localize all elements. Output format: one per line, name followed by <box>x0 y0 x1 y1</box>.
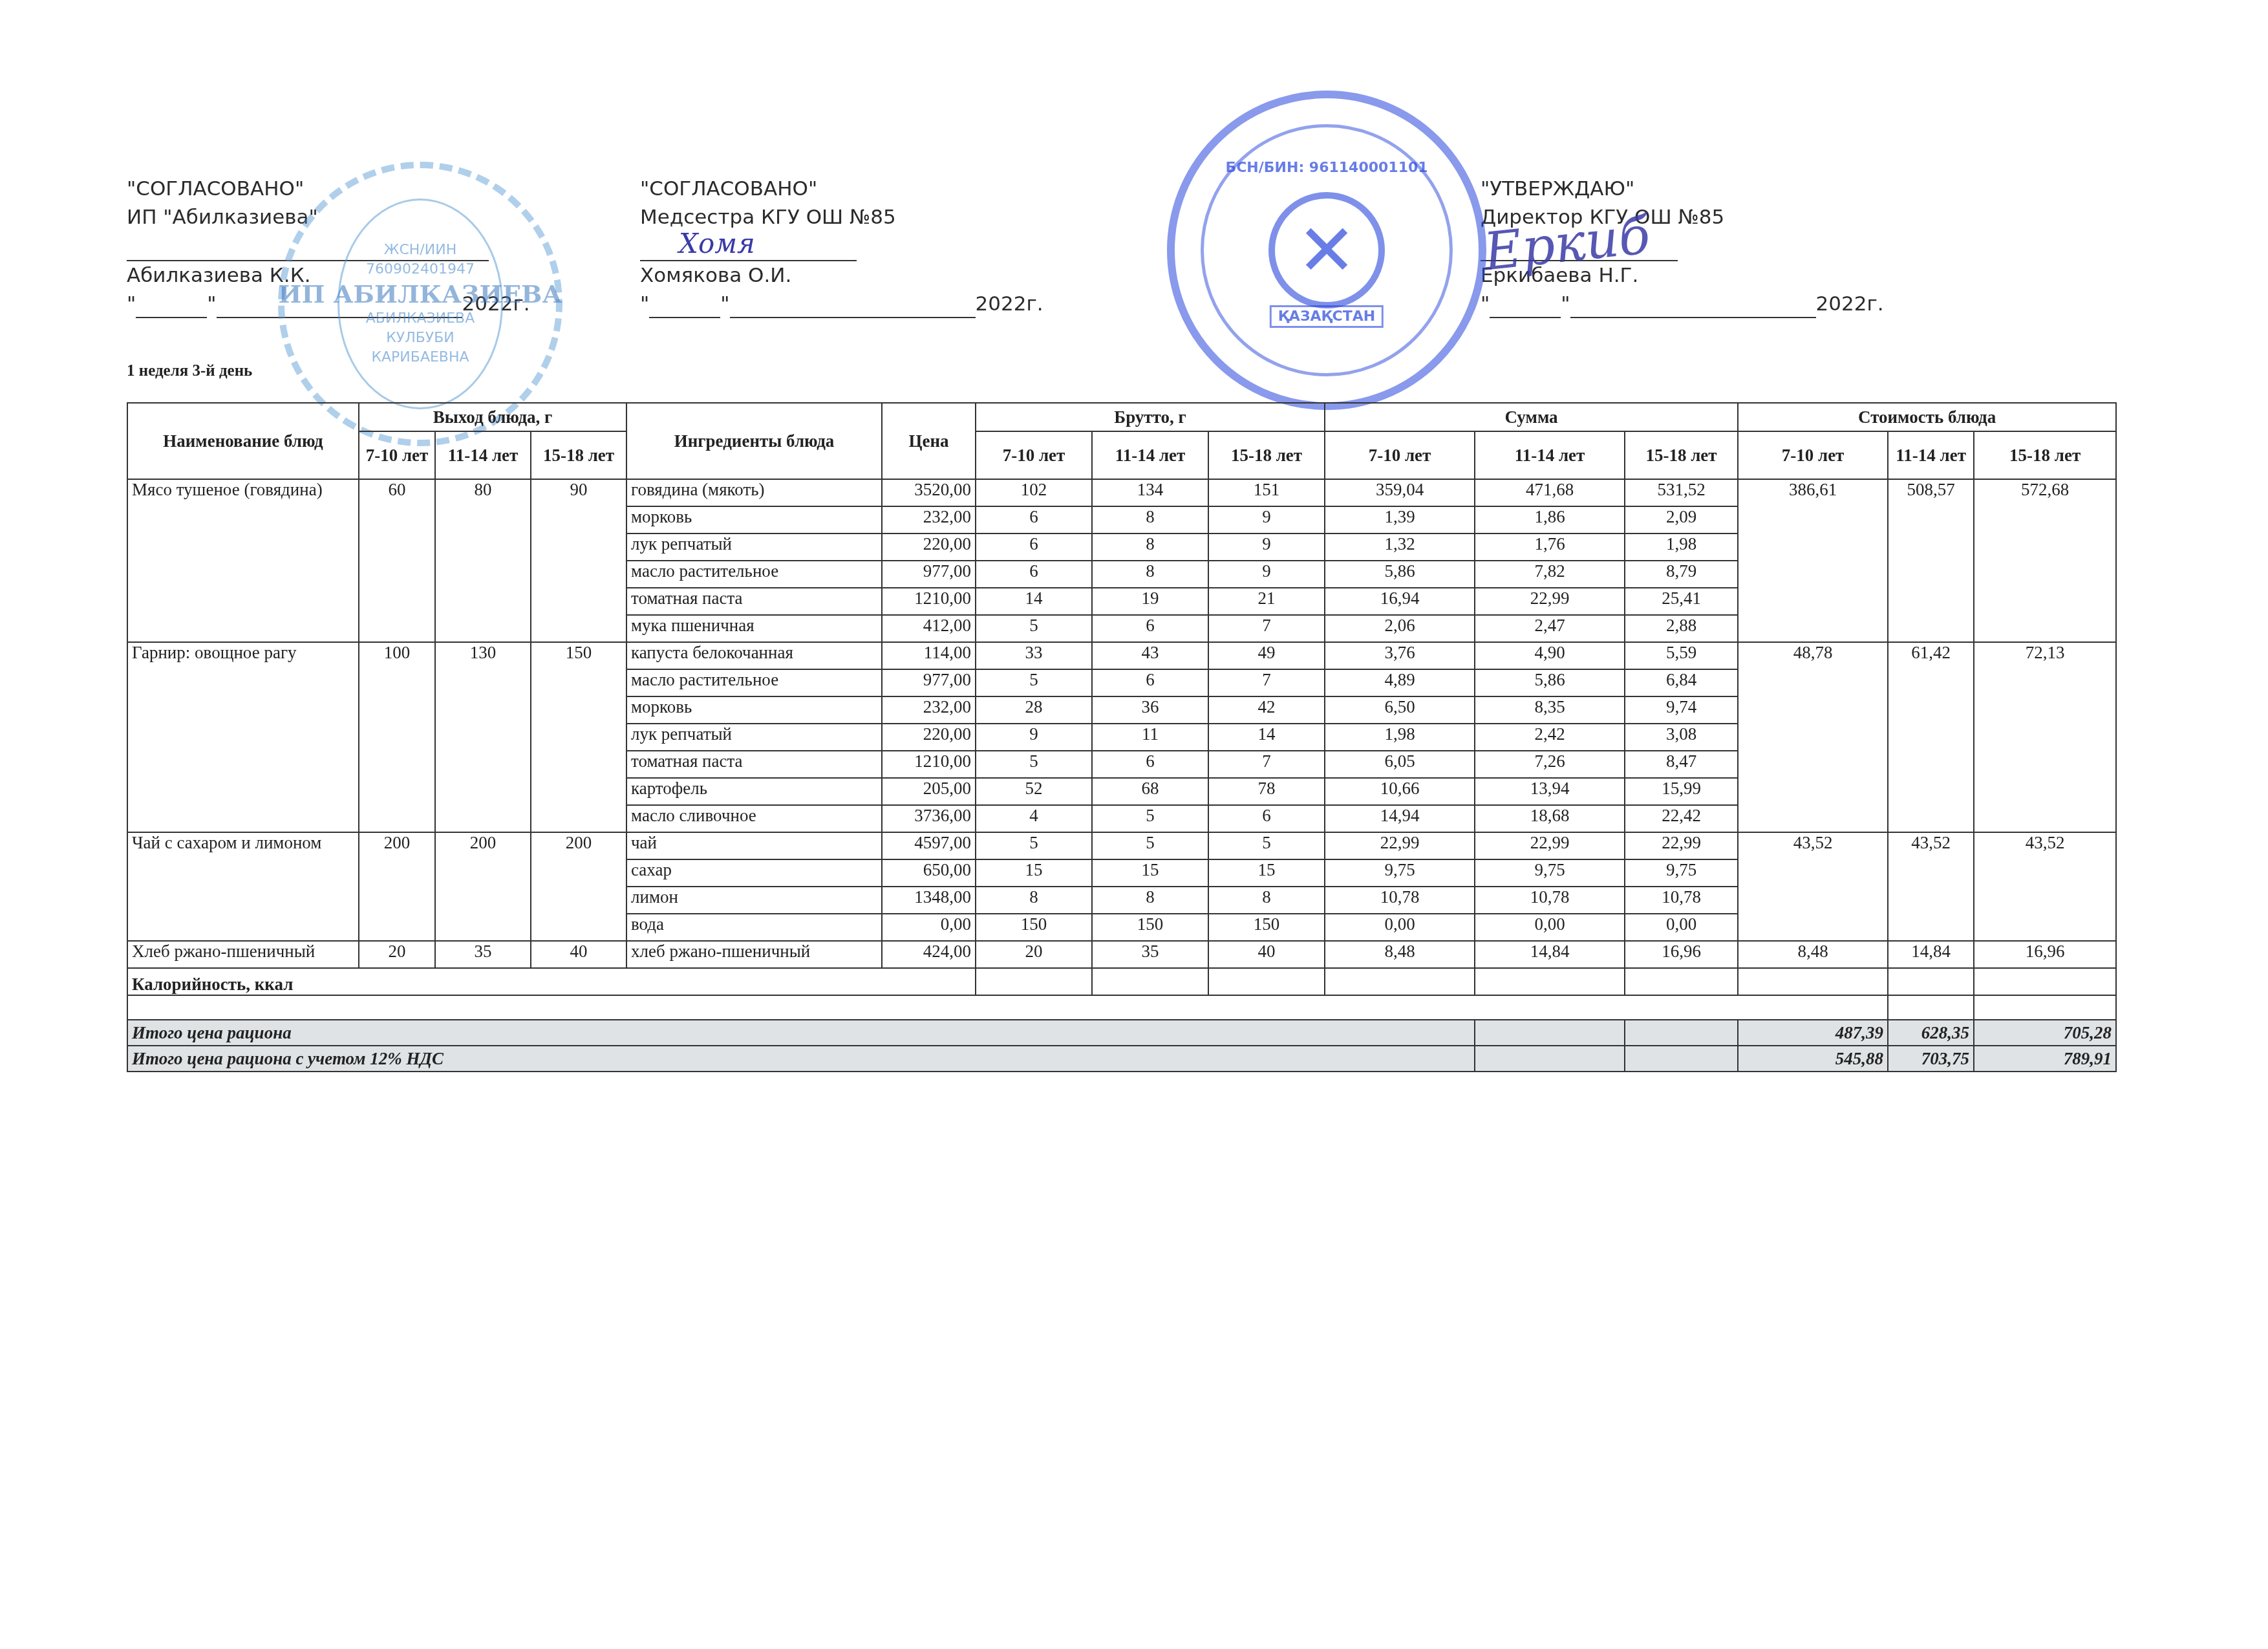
ingredient-name: мука пшеничная <box>626 615 882 642</box>
approval-date: ""2022г. <box>1481 290 1884 318</box>
ingredient-sum: 6,84 <box>1625 669 1738 696</box>
school-seal-stamp: БСН/БИН: 961140001101 ✕ ҚАЗАҚСТАН <box>1167 91 1486 410</box>
ingredient-brutto: 102 <box>976 479 1092 506</box>
ingredient-sum: 15,99 <box>1625 778 1738 805</box>
day-blank <box>649 295 720 318</box>
ingredient-brutto: 150 <box>976 914 1092 941</box>
calories-value <box>1325 968 1475 995</box>
ingredient-name: лук репчатый <box>626 533 882 561</box>
total-row: Итого цена рациона с учетом 12% НДС545,8… <box>127 1046 2116 1072</box>
ingredient-name: масло сливочное <box>626 805 882 832</box>
ingredient-sum: 3,76 <box>1325 642 1475 669</box>
ingredient-brutto: 9 <box>976 724 1092 751</box>
total-value: 705,28 <box>1974 1020 2116 1046</box>
seal-main-text: ИП АБИЛКАЗИЕВА <box>279 285 562 304</box>
age-header-row: 7-10 лет11-14 лет15-18 лет7-10 лет11-14 … <box>127 431 2116 479</box>
ingredient-sum: 10,78 <box>1475 887 1625 914</box>
ingredient-name: морковь <box>626 506 882 533</box>
ingredient-brutto: 8 <box>1092 561 1208 588</box>
dish-cost: 48,78 <box>1738 642 1888 832</box>
ingredient-sum: 359,04 <box>1325 479 1475 506</box>
ingredient-price: 977,00 <box>882 669 976 696</box>
ingredient-sum: 2,09 <box>1625 506 1738 533</box>
ingredient-brutto: 20 <box>976 941 1092 968</box>
ingredient-sum: 2,88 <box>1625 615 1738 642</box>
ingredient-sum: 9,75 <box>1475 859 1625 887</box>
dish-yield: 60 <box>359 479 435 642</box>
day-blank <box>136 295 207 318</box>
dish-name: Гарнир: овощное рагу <box>127 642 359 832</box>
header-yield-age: 11-14 лет <box>435 431 531 479</box>
ingredient-brutto: 6 <box>1092 751 1208 778</box>
header-brutto-age: 11-14 лет <box>1092 431 1208 479</box>
dish-name: Чай с сахаром и лимоном <box>127 832 359 941</box>
ingredient-brutto: 6 <box>976 506 1092 533</box>
dish-cost: 43,52 <box>1888 832 1974 941</box>
total-empty <box>1475 1020 1625 1046</box>
calories-value <box>1625 968 1738 995</box>
ingredient-name: капуста белокочанная <box>626 642 882 669</box>
ingredient-price: 232,00 <box>882 506 976 533</box>
dish-cost: 14,84 <box>1888 941 1974 968</box>
ingredient-brutto: 6 <box>976 561 1092 588</box>
ingredient-sum: 14,84 <box>1475 941 1625 968</box>
approval-heading: "УТВЕРЖДАЮ" <box>1481 175 1884 203</box>
ingredient-brutto: 5 <box>976 615 1092 642</box>
ingredient-sum: 14,94 <box>1325 805 1475 832</box>
dish-cost: 43,52 <box>1974 832 2116 941</box>
ingredient-sum: 8,35 <box>1475 696 1625 724</box>
ingredient-brutto: 15 <box>1092 859 1208 887</box>
ingredient-brutto: 9 <box>1208 561 1325 588</box>
ingredient-sum: 22,99 <box>1625 832 1738 859</box>
ingredient-sum: 1,39 <box>1325 506 1475 533</box>
seal-owner-line: АБИЛКАЗИЕВА <box>366 309 475 329</box>
header-sum-age: 7-10 лет <box>1325 431 1475 479</box>
ingredient-brutto: 28 <box>976 696 1092 724</box>
table-row: Мясо тушеное (говядина)608090говядина (м… <box>127 479 2116 506</box>
ingredient-sum: 22,99 <box>1475 832 1625 859</box>
ingredient-brutto: 6 <box>976 533 1092 561</box>
ingredient-sum: 3,08 <box>1625 724 1738 751</box>
ingredient-name: лук репчатый <box>626 724 882 751</box>
ingredient-sum: 0,00 <box>1625 914 1738 941</box>
table-row: Чай с сахаром и лимоном200200200чай4597,… <box>127 832 2116 859</box>
ingredient-brutto: 15 <box>1208 859 1325 887</box>
dish-yield: 90 <box>531 479 626 642</box>
ingredient-price: 114,00 <box>882 642 976 669</box>
ingredient-brutto: 9 <box>1208 506 1325 533</box>
ingredient-price: 0,00 <box>882 914 976 941</box>
calories-value <box>1974 968 2116 995</box>
dish-cost: 386,61 <box>1738 479 1888 642</box>
ingredient-sum: 8,48 <box>1325 941 1475 968</box>
ingredient-sum: 22,99 <box>1325 832 1475 859</box>
ingredient-sum: 5,59 <box>1625 642 1738 669</box>
seal-country: ҚАЗАҚСТАН <box>1270 305 1384 328</box>
ingredient-sum: 6,50 <box>1325 696 1475 724</box>
ingredient-brutto: 40 <box>1208 941 1325 968</box>
ingredient-brutto: 7 <box>1208 615 1325 642</box>
dish-name: Хлеб ржано-пшеничный <box>127 941 359 968</box>
dish-yield: 200 <box>435 832 531 941</box>
ingredient-brutto: 5 <box>1092 832 1208 859</box>
ingredient-brutto: 134 <box>1092 479 1208 506</box>
ingredient-sum: 2,42 <box>1475 724 1625 751</box>
ingredient-sum: 1,98 <box>1625 533 1738 561</box>
header-brutto-age: 15-18 лет <box>1208 431 1325 479</box>
ingredient-brutto: 19 <box>1092 588 1208 615</box>
spacer-cell <box>1974 995 2116 1020</box>
spacer-cell <box>1888 995 1974 1020</box>
ingredient-brutto: 5 <box>976 669 1092 696</box>
total-label: Итого цена рациона с учетом 12% НДС <box>127 1046 1475 1072</box>
header-ingredients: Ингредиенты блюда <box>626 403 882 479</box>
ingredient-brutto: 150 <box>1208 914 1325 941</box>
ingredient-sum: 0,00 <box>1325 914 1475 941</box>
header-dish-cost: Стоимость блюда <box>1738 403 2116 431</box>
calories-value <box>1208 968 1325 995</box>
week-day-label: 1 неделя 3-й день <box>127 362 252 380</box>
ingredient-name: морковь <box>626 696 882 724</box>
ingredient-name: чай <box>626 832 882 859</box>
calories-value <box>976 968 1092 995</box>
ingredient-brutto: 6 <box>1092 669 1208 696</box>
ingredient-sum: 9,75 <box>1325 859 1475 887</box>
ingredient-brutto: 5 <box>1092 805 1208 832</box>
ingredient-brutto: 5 <box>1208 832 1325 859</box>
ingredient-name: лимон <box>626 887 882 914</box>
dish-yield: 200 <box>359 832 435 941</box>
nurse-signature: Хомя <box>679 228 755 259</box>
calories-row: Калорийность, ккал <box>127 968 2116 995</box>
header-cost-age: 7-10 лет <box>1738 431 1888 479</box>
ingredient-price: 412,00 <box>882 615 976 642</box>
dish-yield: 20 <box>359 941 435 968</box>
dish-cost: 43,52 <box>1738 832 1888 941</box>
ingredient-sum: 1,98 <box>1325 724 1475 751</box>
ingredient-brutto: 78 <box>1208 778 1325 805</box>
ingredient-brutto: 68 <box>1092 778 1208 805</box>
ingredient-brutto: 42 <box>1208 696 1325 724</box>
ingredient-brutto: 33 <box>976 642 1092 669</box>
ingredient-price: 424,00 <box>882 941 976 968</box>
ingredient-brutto: 5 <box>976 751 1092 778</box>
ingredient-name: томатная паста <box>626 751 882 778</box>
ingredient-sum: 10,78 <box>1325 887 1475 914</box>
total-value: 789,91 <box>1974 1046 2116 1072</box>
ingredient-brutto: 36 <box>1092 696 1208 724</box>
ingredient-price: 4597,00 <box>882 832 976 859</box>
ingredient-price: 205,00 <box>882 778 976 805</box>
ingredient-price: 1210,00 <box>882 588 976 615</box>
ingredient-sum: 4,89 <box>1325 669 1475 696</box>
ingredient-name: масло растительное <box>626 561 882 588</box>
approval-heading: "СОГЛАСОВАНО" <box>640 175 1043 203</box>
header-yield-age: 7-10 лет <box>359 431 435 479</box>
dish-yield: 80 <box>435 479 531 642</box>
total-value: 703,75 <box>1888 1046 1974 1072</box>
table-row: Гарнир: овощное рагу100130150капуста бел… <box>127 642 2116 669</box>
dish-yield: 200 <box>531 832 626 941</box>
ingredient-brutto: 7 <box>1208 669 1325 696</box>
header-sum-age: 15-18 лет <box>1625 431 1738 479</box>
dish-cost: 61,42 <box>1888 642 1974 832</box>
approval-date: ""2022г. <box>640 290 1043 318</box>
ingredient-name: хлеб ржано-пшеничный <box>626 941 882 968</box>
header-price: Цена <box>882 403 976 479</box>
seal-bin: БСН/БИН: 961140001101 <box>1225 160 1428 176</box>
ingredient-sum: 1,86 <box>1475 506 1625 533</box>
ingredient-sum: 10,78 <box>1625 887 1738 914</box>
header-dish-name: Наименование блюд <box>127 403 359 479</box>
total-empty <box>1625 1020 1738 1046</box>
dish-yield: 150 <box>531 642 626 832</box>
dish-name: Мясо тушеное (говядина) <box>127 479 359 642</box>
dish-cost: 72,13 <box>1974 642 2116 832</box>
total-label: Итого цена рациона <box>127 1020 1475 1046</box>
ingredient-price: 1210,00 <box>882 751 976 778</box>
seal-owner-line: КУЛБУБИ <box>386 329 455 348</box>
ingredient-price: 232,00 <box>882 696 976 724</box>
month-blank <box>1570 295 1816 318</box>
calories-value <box>1092 968 1208 995</box>
ingredient-brutto: 6 <box>1208 805 1325 832</box>
header-brutto: Брутто, г <box>976 403 1325 431</box>
ingredient-sum: 13,94 <box>1475 778 1625 805</box>
ingredient-price: 3736,00 <box>882 805 976 832</box>
day-blank <box>1490 295 1561 318</box>
ingredient-sum: 8,47 <box>1625 751 1738 778</box>
total-row: Итого цена рациона487,39628,35705,28 <box>127 1020 2116 1046</box>
ingredient-price: 220,00 <box>882 724 976 751</box>
ingredient-sum: 9,74 <box>1625 696 1738 724</box>
ingredient-name: масло растительное <box>626 669 882 696</box>
header-yield: Выход блюда, г <box>359 403 626 431</box>
header-sum-age: 11-14 лет <box>1475 431 1625 479</box>
ingredient-brutto: 4 <box>976 805 1092 832</box>
dish-yield: 130 <box>435 642 531 832</box>
ingredient-sum: 1,32 <box>1325 533 1475 561</box>
ingredient-sum: 25,41 <box>1625 588 1738 615</box>
ingredient-sum: 531,52 <box>1625 479 1738 506</box>
ingredient-brutto: 21 <box>1208 588 1325 615</box>
calories-value <box>1475 968 1625 995</box>
dish-cost: 16,96 <box>1974 941 2116 968</box>
ingredient-brutto: 8 <box>976 887 1092 914</box>
seal-id-label: ЖСН/ИИН <box>384 241 456 260</box>
ingredient-price: 220,00 <box>882 533 976 561</box>
header-cost-age: 15-18 лет <box>1974 431 2116 479</box>
ingredient-sum: 1,76 <box>1475 533 1625 561</box>
total-empty <box>1625 1046 1738 1072</box>
ingredient-sum: 4,90 <box>1475 642 1625 669</box>
spacer-cell <box>127 995 1888 1020</box>
ingredient-sum: 5,86 <box>1325 561 1475 588</box>
ingredient-brutto: 14 <box>976 588 1092 615</box>
ingredient-sum: 6,05 <box>1325 751 1475 778</box>
spacer-row <box>127 995 2116 1020</box>
table-row: Хлеб ржано-пшеничный203540хлеб ржано-пше… <box>127 941 2116 968</box>
ingredient-brutto: 14 <box>1208 724 1325 751</box>
header-brutto-age: 7-10 лет <box>976 431 1092 479</box>
ingredient-name: вода <box>626 914 882 941</box>
total-value: 628,35 <box>1888 1020 1974 1046</box>
ingredient-brutto: 8 <box>1208 887 1325 914</box>
ingredient-brutto: 49 <box>1208 642 1325 669</box>
ingredient-sum: 2,06 <box>1325 615 1475 642</box>
ingredient-sum: 7,26 <box>1475 751 1625 778</box>
ingredient-sum: 7,82 <box>1475 561 1625 588</box>
ingredient-sum: 22,99 <box>1475 588 1625 615</box>
ingredient-sum: 10,66 <box>1325 778 1475 805</box>
ingredient-name: томатная паста <box>626 588 882 615</box>
calories-label: Калорийность, ккал <box>127 968 976 995</box>
month-blank <box>730 295 976 318</box>
header-yield-age: 15-18 лет <box>531 431 626 479</box>
header-cost-age: 11-14 лет <box>1888 431 1974 479</box>
ingredient-sum: 5,86 <box>1475 669 1625 696</box>
ingredient-sum: 8,79 <box>1625 561 1738 588</box>
ingredient-sum: 471,68 <box>1475 479 1625 506</box>
ingredient-sum: 16,96 <box>1625 941 1738 968</box>
ingredient-sum: 9,75 <box>1625 859 1738 887</box>
menu-cost-table: Наименование блюд Выход блюда, г Ингреди… <box>127 402 2117 1072</box>
ingredient-brutto: 5 <box>976 832 1092 859</box>
ingredient-sum: 16,94 <box>1325 588 1475 615</box>
approval-name: Хомякова О.И. <box>640 261 1043 290</box>
dish-yield: 40 <box>531 941 626 968</box>
total-value: 487,39 <box>1738 1020 1888 1046</box>
ingredient-brutto: 35 <box>1092 941 1208 968</box>
ingredient-name: картофель <box>626 778 882 805</box>
calories-value <box>1738 968 1888 995</box>
ip-seal-inner: ЖСН/ИИН 760902401947 ИП АБИЛКАЗИЕВА АБИЛ… <box>337 199 503 409</box>
ingredient-brutto: 43 <box>1092 642 1208 669</box>
dish-cost: 508,57 <box>1888 479 1974 642</box>
dish-cost: 8,48 <box>1738 941 1888 968</box>
calories-value <box>1888 968 1974 995</box>
dish-cost: 572,68 <box>1974 479 2116 642</box>
ingredient-brutto: 150 <box>1092 914 1208 941</box>
seal-owner-line: КАРИБАЕВНА <box>371 348 469 367</box>
ingredient-brutto: 151 <box>1208 479 1325 506</box>
ingredient-price: 1348,00 <box>882 887 976 914</box>
total-empty <box>1475 1046 1625 1072</box>
ingredient-sum: 2,47 <box>1475 615 1625 642</box>
ingredient-price: 977,00 <box>882 561 976 588</box>
ingredient-name: говядина (мякоть) <box>626 479 882 506</box>
ingredient-brutto: 8 <box>1092 533 1208 561</box>
dish-yield: 35 <box>435 941 531 968</box>
ingredient-price: 650,00 <box>882 859 976 887</box>
ingredient-name: сахар <box>626 859 882 887</box>
ingredient-brutto: 11 <box>1092 724 1208 751</box>
ingredient-brutto: 15 <box>976 859 1092 887</box>
dish-yield: 100 <box>359 642 435 832</box>
ingredient-brutto: 6 <box>1092 615 1208 642</box>
ingredient-brutto: 52 <box>976 778 1092 805</box>
ingredient-sum: 22,42 <box>1625 805 1738 832</box>
seal-id-number: 760902401947 <box>366 260 475 279</box>
ingredient-sum: 18,68 <box>1475 805 1625 832</box>
header-sum: Сумма <box>1325 403 1738 431</box>
ingredient-price: 3520,00 <box>882 479 976 506</box>
total-value: 545,88 <box>1738 1046 1888 1072</box>
ingredient-brutto: 9 <box>1208 533 1325 561</box>
ingredient-brutto: 8 <box>1092 887 1208 914</box>
ingredient-brutto: 7 <box>1208 751 1325 778</box>
ingredient-brutto: 8 <box>1092 506 1208 533</box>
ingredient-sum: 0,00 <box>1475 914 1625 941</box>
